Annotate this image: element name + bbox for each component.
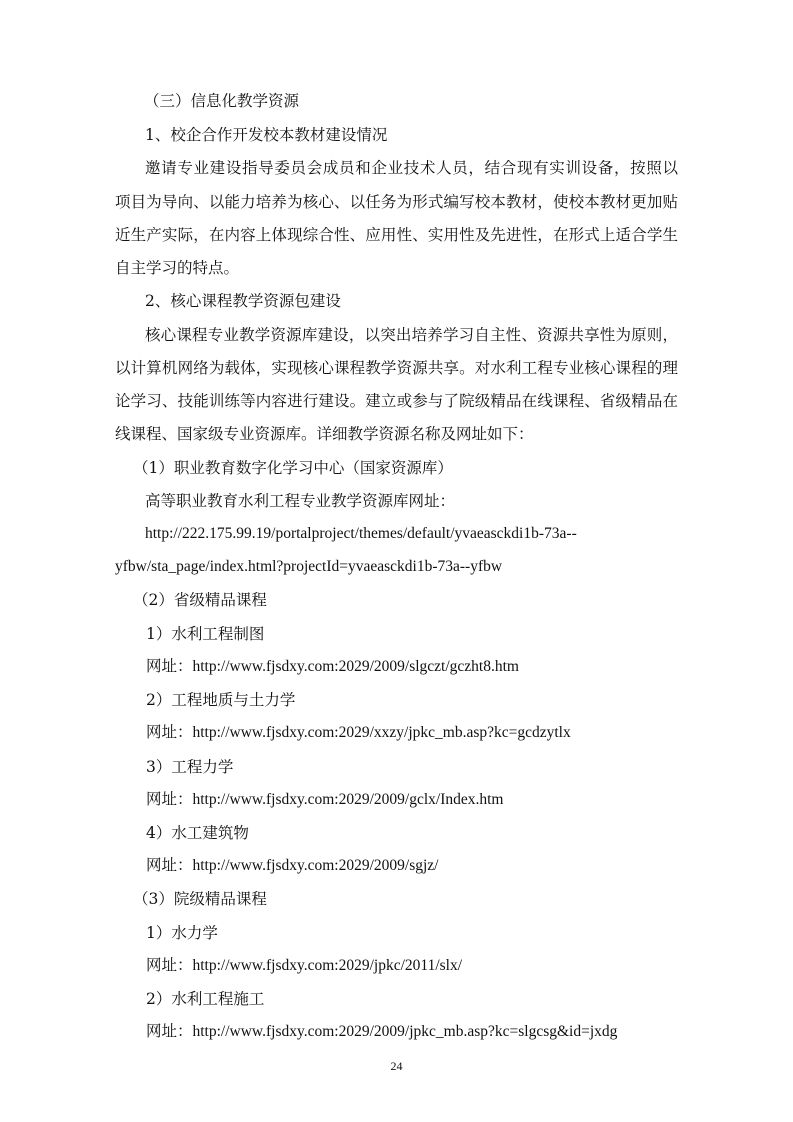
section-heading: （三）信息化教学资源 (144, 91, 299, 111)
course-url: 网址：http://www.fjsdxy.com:2029/2009/slgcz… (146, 657, 519, 677)
course-url: 网址：http://www.fjsdxy.com:2029/xxzy/jpkc_… (146, 723, 571, 743)
course-title: 3）工程力学 (146, 757, 233, 777)
national-resource-heading: （1）职业教育数字化学习中心（国家资源库） (133, 458, 453, 478)
course-title: 4）水工建筑物 (146, 823, 249, 843)
national-resource-label: 高等职业教育水利工程专业教学资源库网址： (145, 491, 455, 511)
course-title: 1）水力学 (146, 923, 218, 943)
paragraph-line: 核心课程专业教学资源库建设，以突出培养学习自主性、资源共享性为原则， (145, 325, 678, 345)
course-title: 2）工程地质与土力学 (146, 690, 295, 710)
college-courses-heading: （3）院级精品课程 (133, 889, 267, 909)
paragraph-line: 邀请专业建设指导委员会成员和企业技术人员，结合现有实训设备，按照以 (145, 158, 678, 178)
document-page: （三）信息化教学资源 1、校企合作开发校本教材建设情况 邀请专业建设指导委员会成… (0, 0, 793, 1122)
paragraph-line: 以计算机网络为载体，实现核心课程教学资源共享。对水利工程专业核心课程的理 (115, 358, 678, 378)
paragraph-line: 自主学习的特点。 (115, 258, 239, 278)
paragraph-line: 近生产实际，在内容上体现综合性、应用性、实用性及先进性，在形式上适合学生 (115, 225, 678, 245)
course-title: 2）水利工程施工 (146, 989, 264, 1009)
paragraph-line: 论学习、技能训练等内容进行建设。建立或参与了院级精品在线课程、省级精品在 (115, 391, 678, 411)
course-url: 网址：http://www.fjsdxy.com:2029/2009/jpkc_… (146, 1022, 617, 1042)
course-title: 1）水利工程制图 (146, 624, 264, 644)
national-resource-url-line1: http://222.175.99.19/portalproject/theme… (145, 524, 577, 544)
subsection-heading-textbooks: 1、校企合作开发校本教材建设情况 (145, 125, 387, 145)
subsection-heading-resources: 2、核心课程教学资源包建设 (145, 291, 341, 311)
paragraph-line: 项目为导向、以能力培养为核心、以任务为形式编写校本教材，使校本教材更加贴 (115, 192, 678, 212)
course-url: 网址：http://www.fjsdxy.com:2029/jpkc/2011/… (146, 956, 462, 976)
course-url: 网址：http://www.fjsdxy.com:2029/2009/gclx/… (146, 790, 503, 810)
national-resource-url-line2: yfbw/sta_page/index.html?projectId=yvaea… (115, 557, 502, 577)
page-number: 24 (0, 1059, 793, 1074)
course-url: 网址：http://www.fjsdxy.com:2029/2009/sgjz/ (146, 856, 438, 876)
provincial-courses-heading: （2）省级精品课程 (133, 590, 267, 610)
paragraph-line: 线课程、国家级专业资源库。详细教学资源名称及网址如下： (115, 424, 534, 444)
